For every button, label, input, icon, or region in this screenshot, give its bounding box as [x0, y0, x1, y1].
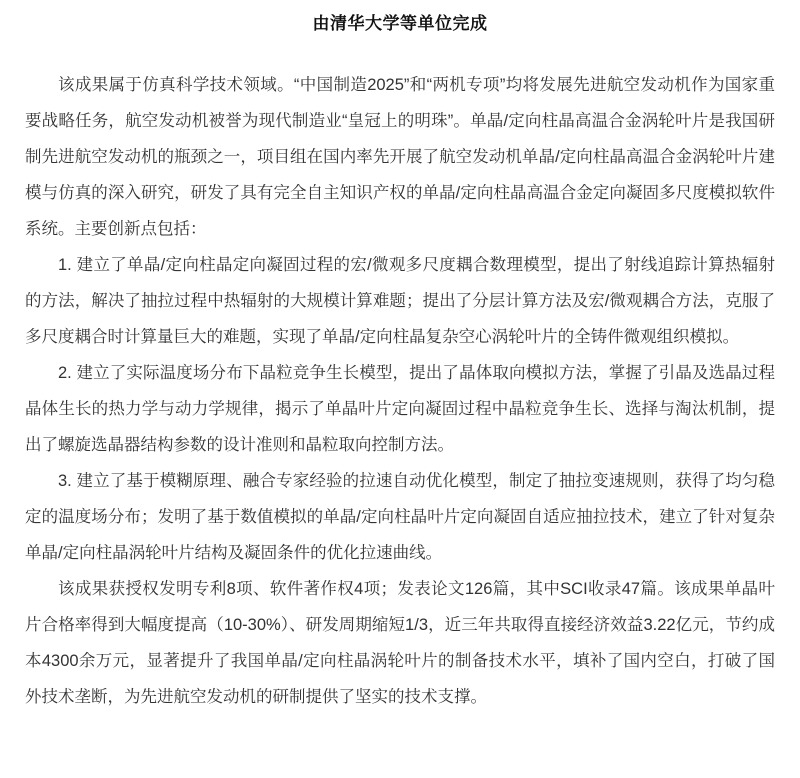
intro-paragraph: 该成果属于仿真科学技术领域。“中国制造2025”和“两机专项”均将发展先进航空发…	[25, 67, 775, 247]
innovation-point-2: 2. 建立了实际温度场分布下晶粒竞争生长模型，提出了晶体取向模拟方法，掌握了引晶…	[25, 355, 775, 463]
document-page: 由清华大学等单位完成 该成果属于仿真科学技术领域。“中国制造2025”和“两机专…	[0, 0, 800, 778]
innovation-point-1: 1. 建立了单晶/定向柱晶定向凝固过程的宏/微观多尺度耦合数理模型，提出了射线追…	[25, 247, 775, 355]
innovation-point-3: 3. 建立了基于模糊原理、融合专家经验的拉速自动优化模型，制定了抽拉变速规则，获…	[25, 463, 775, 571]
document-body: 该成果属于仿真科学技术领域。“中国制造2025”和“两机专项”均将发展先进航空发…	[25, 67, 775, 715]
achievements-paragraph: 该成果获授权发明专利8项、软件著作权4项；发表论文126篇，其中SCI收录47篇…	[25, 571, 775, 715]
document-title: 由清华大学等单位完成	[0, 0, 800, 37]
